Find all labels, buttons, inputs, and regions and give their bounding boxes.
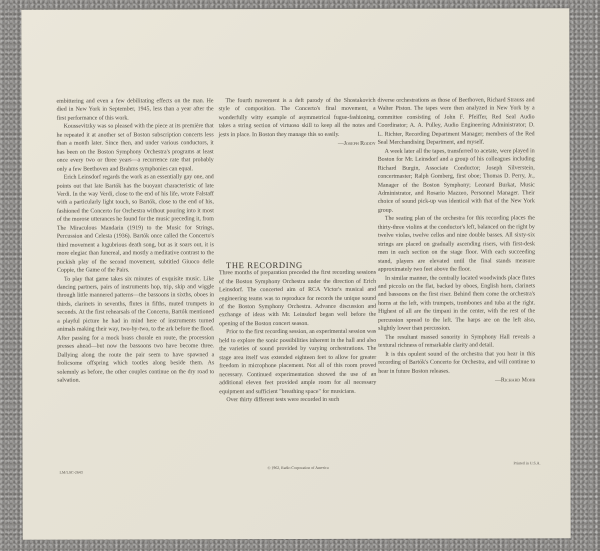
paragraph: The seating plan of the orchestra for th… (378, 215, 535, 275)
paragraph: embittering and even a few debilitating … (57, 97, 214, 123)
paragraph: Three months of preparation preceded the… (219, 269, 376, 329)
catalog-number: LM/LSC-2643 (60, 471, 83, 475)
paragraph: To play that game takes six minutes of e… (57, 275, 214, 385)
paragraph: The fourth movement is a deft parody of … (219, 97, 376, 140)
signature-joseph-roddy: —Joseph Roddy (219, 140, 376, 149)
liner-notes-sheet: embittering and even a few debilitating … (21, 8, 570, 539)
column-1: embittering and even a few debilitating … (57, 97, 215, 385)
paragraph: Prior to the first recording session, an… (219, 328, 376, 396)
paragraph: It is this opulent sound of the orchestr… (378, 350, 535, 376)
copyright-notice: © 1962, Radio Corporation of America (268, 466, 329, 470)
paragraph: The resultant massed sonority in Symphon… (378, 333, 535, 350)
paragraph: A week later all the tapes, transferred … (378, 147, 535, 215)
column-3: diverse orchestrations as those of Beeth… (378, 96, 536, 385)
printed-in-usa: Printed in U.S.A. (513, 461, 540, 465)
paragraph: In similar manner, the centrally located… (378, 274, 535, 334)
paragraph: Erich Leinsdorf regards the work as an e… (57, 173, 214, 275)
paragraph: diverse orchestrations as those of Beeth… (378, 96, 535, 147)
column-2: The fourth movement is a deft parody of … (219, 97, 377, 405)
paragraph: Over thirty different tests were recorde… (219, 396, 376, 405)
paragraph: Koussevitzky was so pleased with the pie… (57, 123, 214, 174)
signature-richard-mohr: —Richard Mohr (378, 376, 535, 385)
